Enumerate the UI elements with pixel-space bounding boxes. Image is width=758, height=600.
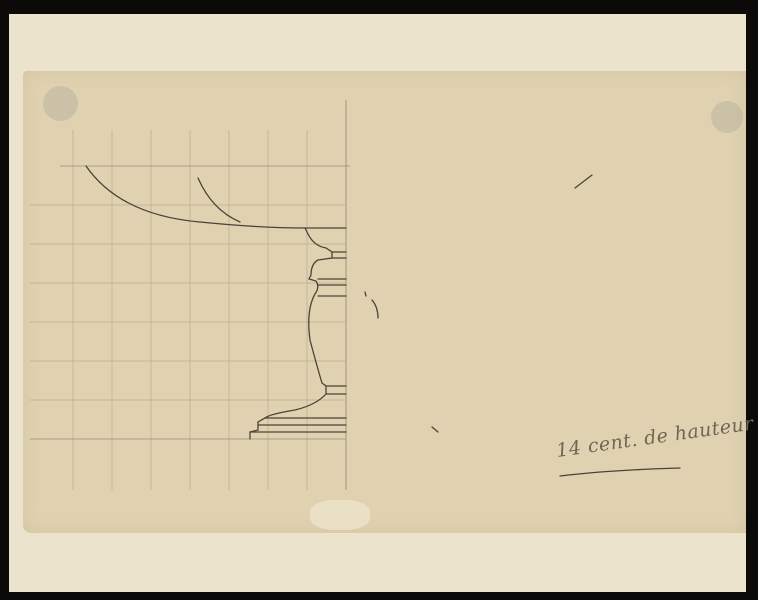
profile-lines [86,166,680,476]
pencil-drawing [0,0,758,600]
